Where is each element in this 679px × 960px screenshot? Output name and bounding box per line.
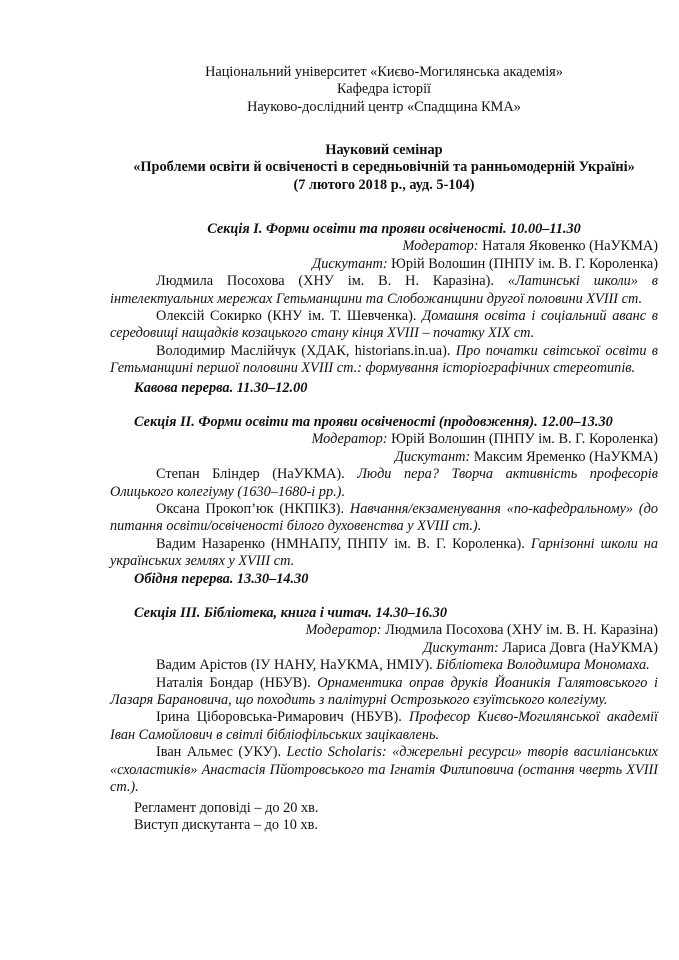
section-3: Секція ІІІ. Бібліотека, книга і читач. 1… xyxy=(110,605,658,796)
seminar-type: Науковий семінар xyxy=(90,142,678,159)
section-2: Секція ІІ. Форми освіти та прояви освіче… xyxy=(110,414,658,571)
talk-item: Іван Альмес (УКУ). Lectio Scholaris: «дж… xyxy=(110,744,658,796)
moderator-name: Людмила Посохова (ХНУ ім. В. Н. Каразіна… xyxy=(382,622,658,638)
talk-item: Володимир Маслійчук (ХДАК, historians.in… xyxy=(110,343,658,378)
institution-header: Національний університет «Києво-Могилянс… xyxy=(110,64,658,116)
moderator-label: Модератор: xyxy=(311,431,387,447)
talk-speaker: Вадим Назаренко (НМНАПУ, ПНПУ ім. В. Г. … xyxy=(156,536,531,552)
talk-speaker: Степан Бліндер (НаУКМА). xyxy=(156,466,357,482)
lunch-break: Обідня перерва. 13.30–14.30 xyxy=(134,571,679,588)
section-title: Секція ІІІ. Бібліотека, книга і читач. 1… xyxy=(110,605,658,622)
moderator-name: Юрій Волошин (ПНПУ ім. В. Г. Короленка) xyxy=(388,431,658,447)
discussant-line: Дискутант: Лариса Довга (НаУКМА) xyxy=(110,640,658,657)
talk-speaker: Наталія Бондар (НБУВ). xyxy=(156,675,317,691)
university-name: Національний університет «Києво-Могилянс… xyxy=(110,64,658,81)
discussant-label: Дискутант: xyxy=(395,449,470,465)
section-title: Секція І. Форми освіти та прояви освічен… xyxy=(110,221,658,238)
seminar-title: «Проблеми освіти й освіченості в середнь… xyxy=(90,159,678,176)
talk-item: Вадим Арістов (ІУ НАНУ, НаУКМА, НМІУ). Б… xyxy=(110,657,658,674)
discussant-line: Дискутант: Максим Яременко (НаУКМА) xyxy=(110,449,658,466)
discussant-time-rule: Виступ дискутанта – до 10 хв. xyxy=(134,817,679,834)
talk-speaker: Вадим Арістов (ІУ НАНУ, НаУКМА, НМІУ). xyxy=(156,657,436,673)
seminar-date-place: (7 лютого 2018 р., ауд. 5-104) xyxy=(90,177,678,194)
discussant-name: Юрій Волошин (ПНПУ ім. В. Г. Короленка) xyxy=(388,256,658,272)
talk-item: Степан Бліндер (НаУКМА). Люди пера? Твор… xyxy=(110,466,658,501)
talk-title: Бібліотека Володимира Мономаха. xyxy=(436,657,649,673)
department-name: Кафедра історії xyxy=(110,81,658,98)
seminar-heading: Науковий семінар «Проблеми освіти й осві… xyxy=(90,142,678,194)
moderator-name: Наталя Яковенко (НаУКМА) xyxy=(479,238,658,254)
moderator-label: Модератор: xyxy=(305,622,381,638)
section-title: Секція ІІ. Форми освіти та прояви освіче… xyxy=(110,414,658,431)
moderator-line: Модератор: Наталя Яковенко (НаУКМА) xyxy=(110,238,658,255)
discussant-label: Дискутант: xyxy=(312,256,387,272)
talk-speaker: Олексій Сокирко (КНУ ім. Т. Шевченка). xyxy=(156,308,422,324)
talk-item: Вадим Назаренко (НМНАПУ, ПНПУ ім. В. Г. … xyxy=(110,536,658,571)
talk-item: Ірина Ціборовська-Римарович (НБУВ). Проф… xyxy=(110,709,658,744)
discussant-name: Лариса Довга (НаУКМА) xyxy=(499,640,658,656)
talk-speaker: Людмила Посохова (ХНУ ім. В. Н. Каразіна… xyxy=(156,273,508,289)
talk-speaker: Володимир Маслійчук (ХДАК, historians.in… xyxy=(156,343,456,359)
talk-item: Людмила Посохова (ХНУ ім. В. Н. Каразіна… xyxy=(110,273,658,308)
talk-speaker: Іван Альмес (УКУ). xyxy=(156,744,287,760)
talk-item: Наталія Бондар (НБУВ). Орнаментика оправ… xyxy=(110,675,658,710)
talk-item: Олексій Сокирко (КНУ ім. Т. Шевченка). Д… xyxy=(110,308,658,343)
talk-speaker: Ірина Ціборовська-Римарович (НБУВ). xyxy=(156,709,409,725)
discussant-line: Дискутант: Юрій Волошин (ПНПУ ім. В. Г. … xyxy=(110,256,658,273)
moderator-line: Модератор: Юрій Волошин (ПНПУ ім. В. Г. … xyxy=(110,431,658,448)
talk-speaker: Оксана Прокоп’юк (НКПІКЗ). xyxy=(156,501,350,517)
time-rules: Регламент доповіді – до 20 хв. Виступ ди… xyxy=(134,800,679,835)
talk-item: Оксана Прокоп’юк (НКПІКЗ). Навчання/екза… xyxy=(110,501,658,536)
discussant-label: Дискутант: xyxy=(423,640,498,656)
coffee-break: Кавова перерва. 11.30–12.00 xyxy=(134,380,679,397)
moderator-line: Модератор: Людмила Посохова (ХНУ ім. В. … xyxy=(110,622,658,639)
research-center-name: Науково-дослідний центр «Спадщина КМА» xyxy=(110,99,658,116)
section-1: Секція І. Форми освіти та прояви освічен… xyxy=(110,221,658,378)
discussant-name: Максим Яременко (НаУКМА) xyxy=(470,449,658,465)
talk-time-rule: Регламент доповіді – до 20 хв. xyxy=(134,800,679,817)
moderator-label: Модератор: xyxy=(402,238,478,254)
